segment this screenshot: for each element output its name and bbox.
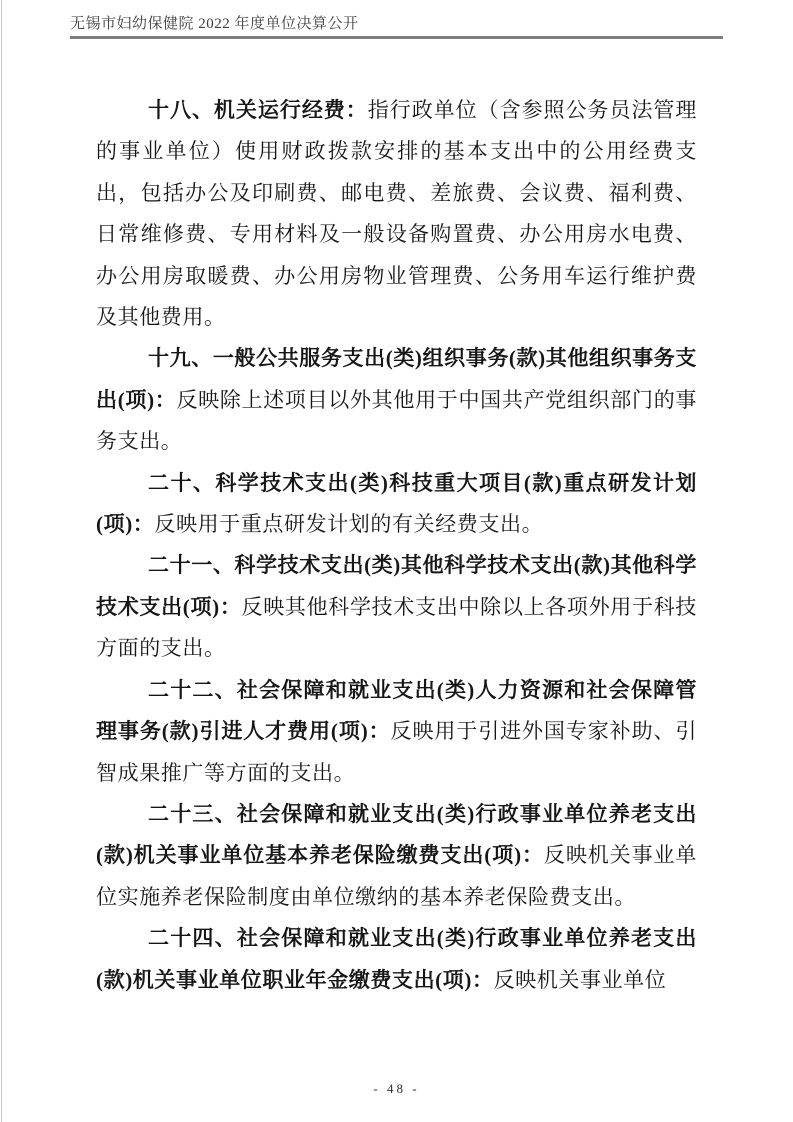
paragraph-text: 反映除上述项目以外其他用于中国共产党组织部门的事务支出。 <box>96 388 697 453</box>
paragraph-18: 十八、机关运行经费：指行政单位（含参照公务员法管理的事业单位）使用财政拨款安排的… <box>96 90 697 338</box>
paragraph-23: 二十三、社会保障和就业支出(类)行政事业单位养老支出(款)机关事业单位基本养老保… <box>96 794 697 918</box>
document-page: 无锡市妇幼保健院 2022 年度单位决算公开 十八、机关运行经费：指行政单位（含… <box>0 0 793 1122</box>
page-number: - 48 - <box>0 1081 793 1097</box>
paragraph-text: 反映机关事业单位 <box>494 968 667 992</box>
paragraph-text: 反映用于重点研发计划的有关经费支出。 <box>154 512 543 536</box>
paragraph-22: 二十二、社会保障和就业支出(类)人力资源和社会保障管理事务(款)引进人才费用(项… <box>96 670 697 794</box>
paragraph-20: 二十、科学技术支出(类)科技重大项目(款)重点研发计划(项)：反映用于重点研发计… <box>96 463 697 546</box>
page-edge-line <box>1 0 2 1122</box>
document-header-title: 无锡市妇幼保健院 2022 年度单位决算公开 <box>70 14 359 34</box>
paragraph-lead: 十八、机关运行经费： <box>148 98 368 122</box>
paragraph-21: 二十一、科学技术支出(类)其他科学技术支出(款)其他科学技术支出(项)：反映其他… <box>96 545 697 669</box>
paragraph-19: 十九、一般公共服务支出(类)组织事务(款)其他组织事务支出(项)：反映除上述项目… <box>96 338 697 462</box>
header-divider <box>70 36 723 39</box>
document-body: 十八、机关运行经费：指行政单位（含参照公务员法管理的事业单位）使用财政拨款安排的… <box>96 90 697 1001</box>
paragraph-24: 二十四、社会保障和就业支出(类)行政事业单位养老支出(款)机关事业单位职业年金缴… <box>96 918 697 1001</box>
paragraph-text: 指行政单位（含参照公务员法管理的事业单位）使用财政拨款安排的基本支出中的公用经费… <box>96 98 697 329</box>
